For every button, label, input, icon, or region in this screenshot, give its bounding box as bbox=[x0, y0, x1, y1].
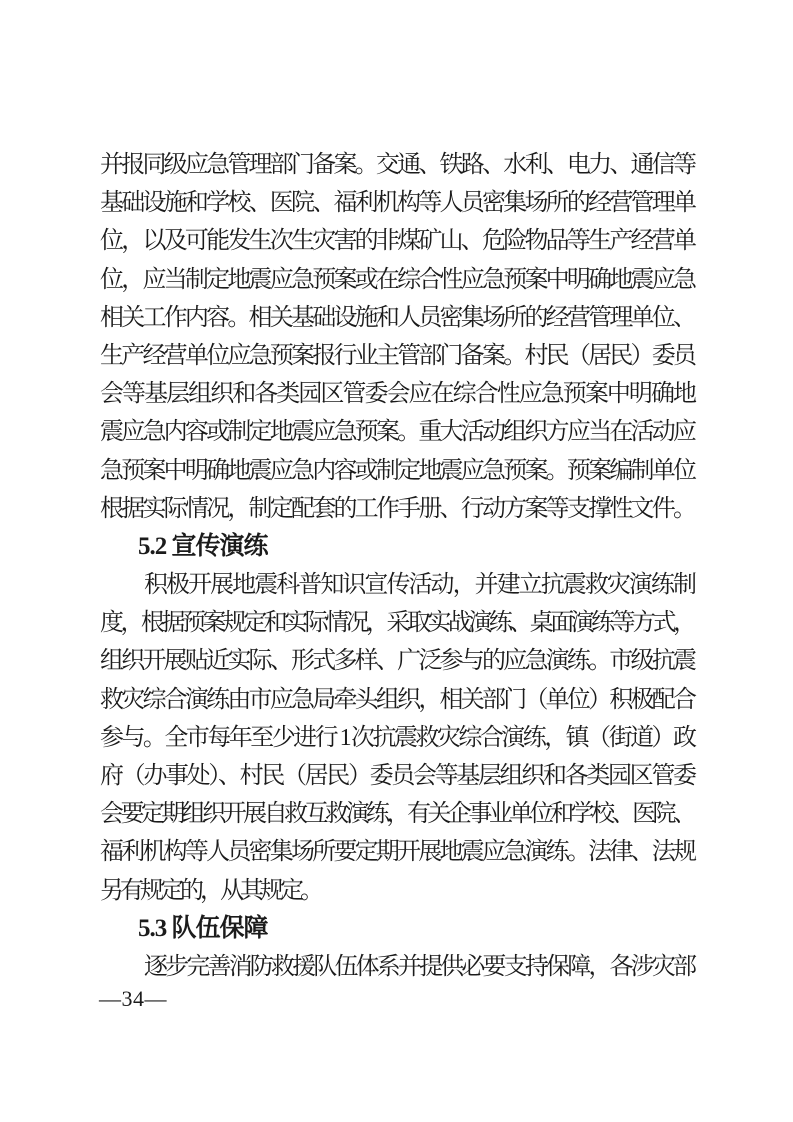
text-line: 位，应当制定地震应急预案或在综合性应急预案中明确地震应急 bbox=[100, 261, 693, 299]
text-line: 会等基层组织和各类园区管委会应在综合性应急预案中明确地 bbox=[100, 375, 693, 413]
text-line: 震应急内容或制定地震应急预案。重大活动组织方应当在活动应 bbox=[100, 413, 693, 451]
page-number: —34— bbox=[99, 986, 167, 1012]
text-line: 组织开展贴近实际、形式多样、广泛参与的应急演练。市级抗震 bbox=[100, 642, 693, 680]
text-line: 逐步完善消防救援队伍体系并提供必要支持保障，各涉灾部 bbox=[100, 948, 693, 986]
text-line: 救灾综合演练由市应急局牵头组织，相关部门（单位）积极配合 bbox=[100, 681, 693, 719]
section-heading: 5.2 宣传演练 bbox=[100, 528, 693, 566]
text-line: 另有规定的，从其规定。 bbox=[100, 872, 693, 910]
text-line: 会要定期组织开展自救互救演练，有关企事业单位和学校、医院、 bbox=[100, 795, 693, 833]
section-heading: 5.3 队伍保障 bbox=[100, 910, 693, 948]
text-line: 并报同级应急管理部门备案。交通、铁路、水利、电力、通信等 bbox=[100, 146, 693, 184]
text-line: 积极开展地震科普知识宣传活动，并建立抗震救灾演练制 bbox=[100, 566, 693, 604]
text-line: 急预案中明确地震应急内容或制定地震应急预案。预案编制单位 bbox=[100, 452, 693, 490]
document-page: 并报同级应急管理部门备案。交通、铁路、水利、电力、通信等基础设施和学校、医院、福… bbox=[0, 0, 793, 1122]
text-line: 福利机构等人员密集场所要定期开展地震应急演练。法律、法规 bbox=[100, 833, 693, 871]
text-line: 生产经营单位应急预案报行业主管部门备案。村民（居民）委员 bbox=[100, 337, 693, 375]
document-text-block: 并报同级应急管理部门备案。交通、铁路、水利、电力、通信等基础设施和学校、医院、福… bbox=[100, 146, 693, 986]
text-line: 度，根据预案规定和实际情况，采取实战演练、桌面演练等方式， bbox=[100, 604, 693, 642]
text-line: 参与。全市每年至少进行 1 次抗震救灾综合演练，镇（街道）政 bbox=[100, 719, 693, 757]
text-line: 根据实际情况，制定配套的工作手册、行动方案等支撑性文件。 bbox=[100, 490, 693, 528]
text-line: 府（办事处）、村民（居民）委员会等基层组织和各类园区管委 bbox=[100, 757, 693, 795]
text-line: 相关工作内容。相关基础设施和人员密集场所的经营管理单位、 bbox=[100, 299, 693, 337]
text-line: 位，以及可能发生次生灾害的非煤矿山、危险物品等生产经营单 bbox=[100, 222, 693, 260]
text-line: 基础设施和学校、医院、福利机构等人员密集场所的经营管理单 bbox=[100, 184, 693, 222]
